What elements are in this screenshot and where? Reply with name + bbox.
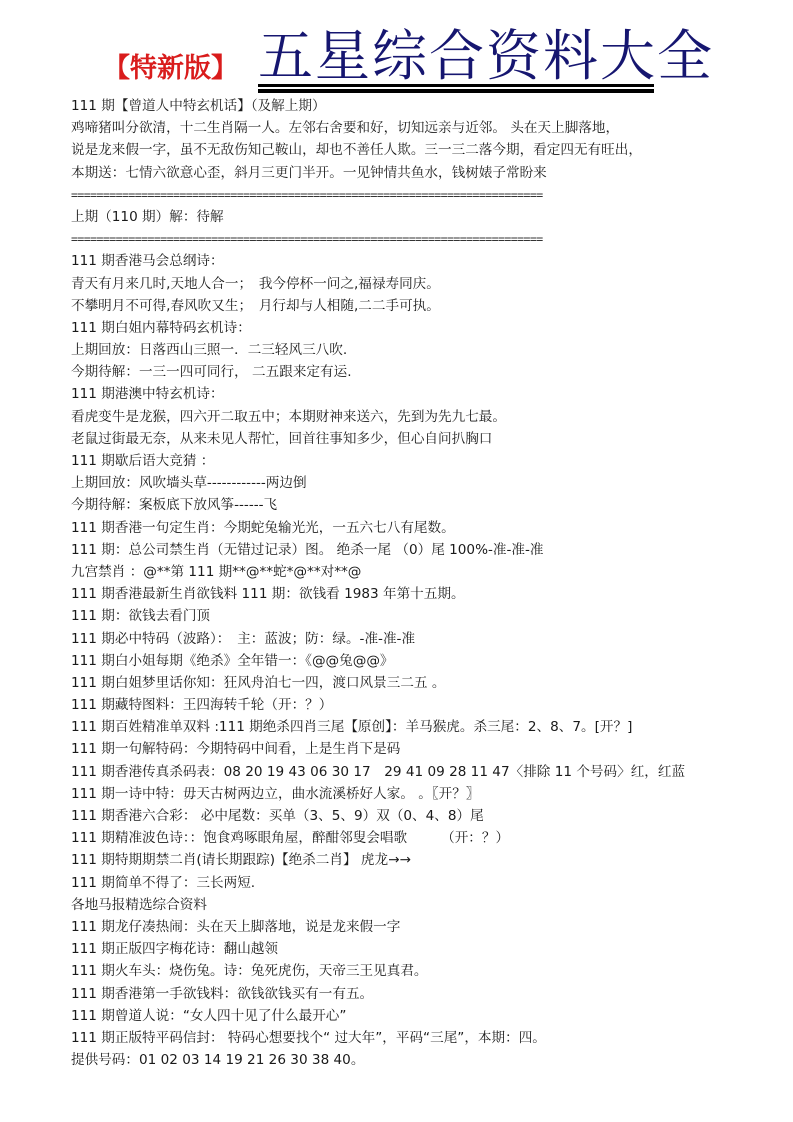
section-heading-hk-jockey-poem: 111 期香港马会总纲诗：: [71, 250, 786, 272]
provided-numbers: 提供号码：01 02 03 14 19 21 26 30 38 40。: [71, 1049, 786, 1071]
divider: ========================================…: [71, 228, 786, 250]
poem-line: 本期送：七情六欲意心歪，斜月三更门半开。一见钟情共鱼水，钱树婊子常盼来: [71, 162, 786, 184]
info-line: 111 期简单不得了：三长两短.: [71, 872, 786, 894]
info-line: 九宫禁肖 ：@**第 111 期**@**蛇*@**对**@: [71, 561, 786, 583]
info-line: 111 期精准波色诗：：饱食鸡啄眼角屋，醉酣邻叟会唱歌 （开：？）: [71, 827, 786, 849]
info-line: 111 期龙仔凑热闹：头在天上脚落地，说是龙来假一字: [71, 916, 786, 938]
info-line: 111 期一句解特码：今期特码中间看，上是生肖下是码: [71, 738, 786, 760]
info-line: 111 期香港第一手欲钱料：欲钱欲钱买有一有五。: [71, 983, 786, 1005]
page-title: 五星综合资料大全: [258, 26, 714, 86]
title-underline-thin: [258, 84, 654, 87]
info-line: 111 期必中特码（波路）： 主：蓝波；防：绿。-准-准-准: [71, 628, 786, 650]
info-line: 111 期香港一句定生肖：今期蛇兔输光光，一五六七八有尾数。: [71, 517, 786, 539]
section-heading-riddle: 111 期歇后语大竞猜 ：: [71, 450, 786, 472]
info-line: 111 期：总公司禁生肖（无错过记录）图。 绝杀一尾 （0）尾 100%-准-准…: [71, 539, 786, 561]
section-heading-hk-macau-poem: 111 期港澳中特玄机诗：: [71, 383, 786, 405]
info-line: 111 期正版四字梅花诗：翻山越领: [71, 938, 786, 960]
poem-line: 说是龙来假一字，虽不无敌伤知己鞍山，却也不善任人欺。三一三二落今期，看定四无有旺…: [71, 139, 786, 161]
poem-line: 老鼠过街最无奈，从来未见人帮忙，回首往事知多少，但心自问扒胸口: [71, 428, 786, 450]
divider: ========================================…: [71, 184, 786, 206]
last-issue-replay: 上期回放：日落西山三照一．二三轻风三八吹.: [71, 339, 786, 361]
poem-line: 看虎变牛是龙猴，四六开二取五中；本期财神来送六，先到为先九七最。: [71, 406, 786, 428]
poem-line: 不攀明月不可得,春风吹又生； 月行却与人相随,二二手可执。: [71, 295, 786, 317]
last-issue-replay: 上期回放：风吹墙头草------------两边倒: [71, 472, 786, 494]
info-line: 111 期香港传真杀码表：08 20 19 43 06 30 17 29 41 …: [71, 761, 786, 783]
info-line: 111 期香港六合彩： 必中尾数：买单（3、5、9）双（0、4、8）尾: [71, 805, 786, 827]
info-line: 111 期一诗中特：毋天古树两边立，曲水流溪桥好人家。 。〖开？〗: [71, 783, 786, 805]
info-line: 111 期正版特平码信封： 特码心想要找个“ 过大年”，平码“三尾”，本期：四。: [71, 1027, 786, 1049]
poem-line: 鸡啼猪叫分欲清，十二生肖隔一人。左邻右舍要和好，切知远亲与近邻。 头在天上脚落地…: [71, 117, 786, 139]
current-issue-pending: 今期待解：一三一四可同行， 二五跟来定有运.: [71, 361, 786, 383]
title-underline-thick: [258, 89, 654, 93]
edition-badge: 【特新版】: [103, 46, 238, 85]
info-line: 111 期百姓精准单双料 :111 期绝杀四肖三尾【原创】：羊马猴虎。杀三尾：2…: [71, 716, 786, 738]
poem-line: 青天有月来几时,天地人合一； 我今停杯一问之,福禄寿同庆。: [71, 273, 786, 295]
section-heading-zeng-dao-ren: 111 期【曾道人中特玄机话】（及解上期）: [71, 95, 786, 117]
info-line: 111 期藏特图料：王四海转千轮（开：？）: [71, 694, 786, 716]
info-line: 111 期白小姐每期《绝杀》全年错一：《@@兔@@》: [71, 650, 786, 672]
info-line: 111 期火车头：烧伤兔。诗：兔死虎伤，天帝三王见真君。: [71, 960, 786, 982]
document-body: 111 期【曾道人中特玄机话】（及解上期） 鸡啼猪叫分欲清，十二生肖隔一人。左邻…: [71, 95, 786, 1071]
page-header: 【特新版】 五星综合资料大全: [0, 22, 793, 94]
info-line: 111 期特期期禁二肖(请长期跟踪)【绝杀二肖】 虎龙→→: [71, 849, 786, 871]
info-line: 111 期曾道人说：“女人四十见了什么最开心”: [71, 1005, 786, 1027]
previous-issue-answer: 上期（110 期）解：待解: [71, 206, 786, 228]
current-issue-pending: 今期待解：案板底下放风筝------飞: [71, 494, 786, 516]
section-heading-bai-jie-poem: 111 期白姐内幕特码玄机诗：: [71, 317, 786, 339]
info-line: 111 期白姐梦里话你知：狂风舟泊七一四，渡口风景三二五 。: [71, 672, 786, 694]
info-line: 111 期香港最新生肖欲钱料 111 期：欲钱看 1983 年第十五期。: [71, 583, 786, 605]
info-line: 111 期：欲钱去看门顶: [71, 605, 786, 627]
section-heading-regional-reports: 各地马报精选综合资料: [71, 894, 786, 916]
